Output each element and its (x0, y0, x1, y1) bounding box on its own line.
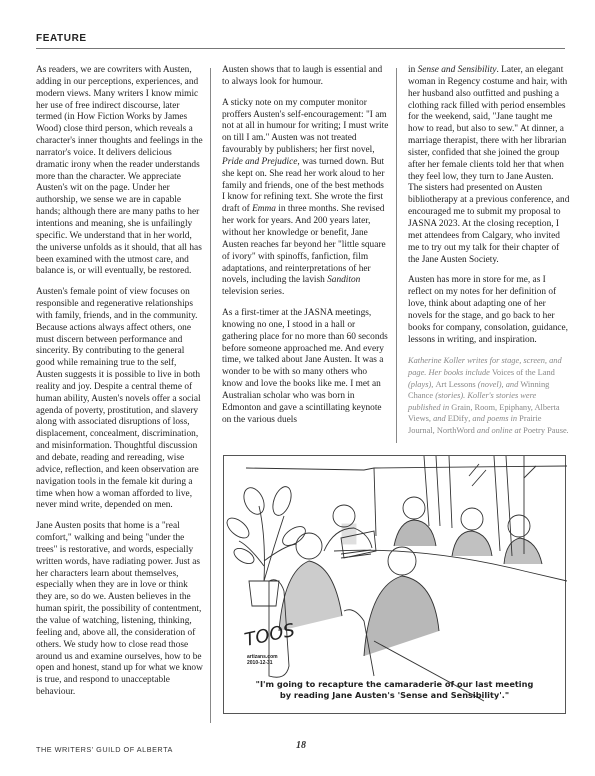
column-divider (396, 68, 397, 443)
text-run: A sticky note on my computer monitor pro… (222, 98, 388, 155)
cartoon-caption: "I'm going to recapture the camaraderie … (224, 679, 565, 701)
series-title: Sanditon (327, 275, 360, 285)
column-divider (210, 68, 211, 723)
text-run: . Later, an elegant woman in Regency cos… (408, 65, 569, 265)
book-title: Pride and Prejudice (222, 157, 297, 167)
bio-work: Art Lessons (435, 380, 475, 389)
caption-line: by reading Jane Austen's 'Sense and Sens… (224, 690, 565, 701)
bio-work: EDify (448, 414, 468, 423)
text-run: television series. (222, 287, 284, 297)
bio-work: Poetry Pause (523, 426, 567, 435)
cartoon-credit: artizans.com 2010-12-31 (247, 654, 278, 666)
paragraph: As readers, we are cowriters with Austen… (36, 65, 203, 278)
publication-footer: THE WRITERS' GUILD OF ALBERTA (36, 745, 173, 754)
cartoon: TOOS artizans.com 2010-12-31 "I'm going … (223, 455, 566, 714)
bio-text: , and poems in (468, 414, 519, 423)
header-rule (36, 48, 565, 49)
caption-line: "I'm going to recapture the camaraderie … (224, 679, 565, 690)
section-label: FEATURE (36, 33, 87, 44)
cartoon-illustration-icon: TOOS (224, 456, 567, 715)
text-run: in (408, 65, 418, 75)
paragraph: Austen shows that to laugh is essential … (222, 65, 389, 89)
paragraph: Austen's female point of view focuses on… (36, 287, 203, 512)
bio-text: (plays), (408, 380, 435, 389)
bio-text: (novel), and (476, 380, 521, 389)
paragraph: Austen has more in store for me, as I re… (408, 275, 570, 346)
article-column-1: As readers, we are cowriters with Austen… (36, 65, 203, 708)
book-title: Emma (252, 204, 276, 214)
paragraph: A sticky note on my computer monitor pro… (222, 98, 389, 299)
author-bio: Katherine Koller writes for stage, scree… (408, 355, 570, 436)
article-column-2: Austen shows that to laugh is essential … (222, 65, 389, 435)
cartoon-signature: TOOS (243, 620, 297, 651)
text-run: in three months. She revised her work fo… (222, 204, 386, 285)
paragraph: As a first-timer at the JASNA meetings, … (222, 308, 389, 426)
book-title: Sense and Sensibility (418, 65, 497, 75)
bio-text: and online at (475, 426, 523, 435)
page-number: 18 (296, 740, 306, 751)
paragraph: in Sense and Sensibility. Later, an eleg… (408, 65, 570, 266)
paragraph: Jane Austen posits that home is a "real … (36, 521, 203, 699)
credit-date: 2010-12-31 (247, 660, 278, 666)
bio-text: and (431, 414, 448, 423)
article-column-3: in Sense and Sensibility. Later, an eleg… (408, 65, 570, 446)
bio-work: Voices of the Land (492, 368, 555, 377)
bio-text: . (567, 426, 569, 435)
